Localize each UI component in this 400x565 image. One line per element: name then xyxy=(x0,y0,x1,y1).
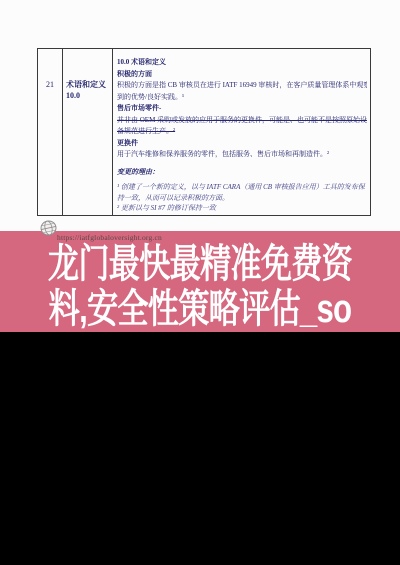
document-area: 21 术语和定义 10.0 10.0 术语和定义积极的方面积极的方面是指 CB … xyxy=(0,0,400,231)
promo-banner: https://iatfglobaloversight.org.cn 龙门最快最… xyxy=(0,231,400,332)
table-content-line: 备规范进行生产。² xyxy=(117,126,367,138)
table-content-line: 并非由 OEM 采购或发放的应用于服务的更换件，可能是、也可能不是按照原始设 xyxy=(117,115,367,127)
clause-number: 10.0 xyxy=(66,90,110,101)
letterbox-bottom xyxy=(0,332,400,565)
content-cell: 10.0 术语和定义积极的方面积极的方面是指 CB 审核员在进行 IATF 16… xyxy=(113,49,370,215)
clause-cell: 术语和定义 10.0 xyxy=(63,49,113,215)
table-content-line: 积极的方面 xyxy=(117,69,367,81)
page: 21 术语和定义 10.0 10.0 术语和定义积极的方面积极的方面是指 CB … xyxy=(0,0,400,565)
table-content-line: 更换件 xyxy=(117,138,367,150)
table-content-line: ² 更新以与 SI #7 的修订保持一致 xyxy=(117,203,367,214)
terms-definitions-table: 21 术语和定义 10.0 10.0 术语和定义积极的方面积极的方面是指 CB … xyxy=(37,48,371,216)
promo-text-line2: 料,安全性策略评估_so xyxy=(44,287,356,332)
table-content-line: 到的优势/良好实践。¹ xyxy=(117,92,367,104)
table-content-line: 持一致，从而可以记录积极的方面。 xyxy=(117,193,367,204)
table-content-line: ¹ 创建了一个新的定义，以与 IATF CARA（通用 CB 审核报告应用）工具… xyxy=(117,182,367,193)
table-content-line: 积极的方面是指 CB 审核员在进行 IATF 16949 审核时，在客户质量管理… xyxy=(117,80,367,92)
table-content-line: 10.0 术语和定义 xyxy=(117,57,367,69)
source-url: https://iatfglobaloversight.org.cn xyxy=(57,233,162,242)
table-content-line: 变更的理由： xyxy=(117,167,367,179)
promo-text-line1: 龙门最快最精准免费资 xyxy=(44,242,356,287)
row-number: 21 xyxy=(46,80,54,89)
table-content-line: 用于汽车维修和保养服务的零件，包括服务、售后市场和再制造件。² xyxy=(117,149,367,161)
row-number-cell: 21 xyxy=(38,49,63,215)
table-content-line: 售后市场零件- xyxy=(117,103,367,115)
clause-title: 术语和定义 xyxy=(66,79,110,90)
promo-text: 龙门最快最精准免费资 料,安全性策略评估_so xyxy=(0,242,400,332)
